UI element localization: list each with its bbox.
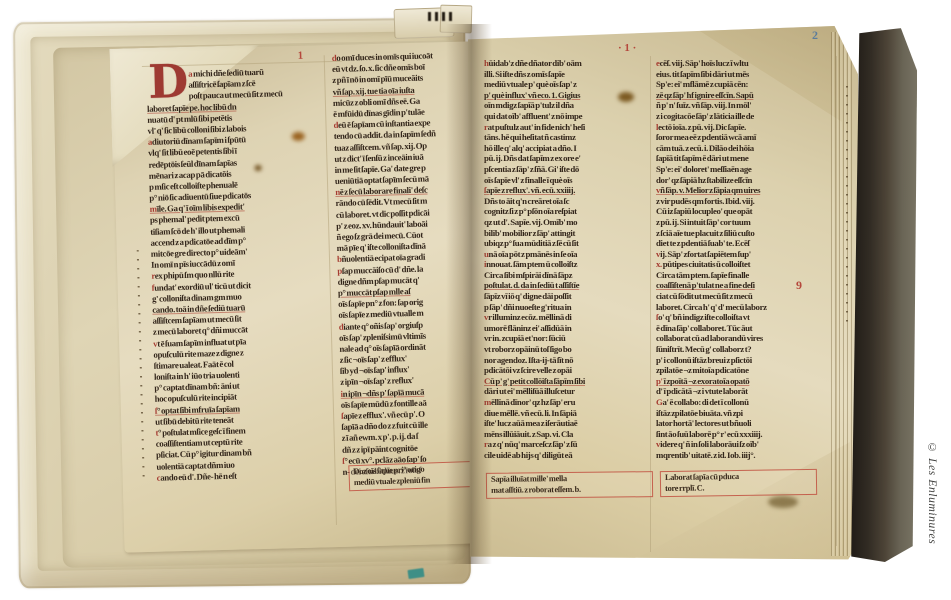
left-page: D 1 a michi dñe ſediū tuarūaſſiſtricē ſa… [111, 41, 482, 552]
manuscript-photo: D 1 a michi dñe ſediū tuarūaſſiſtricē ſa… [0, 0, 951, 600]
text-column-right-1: hūidab'z dñe dñator dib' oāmilli. Si iſt… [484, 58, 652, 461]
pricking-holes [846, 86, 848, 326]
folio-numeral-left: 1 [298, 50, 304, 62]
text-column-left-2: do omī duces in omīs qui iucoāteū vt dz.… [332, 49, 479, 478]
rubric-caption-right-2: Laborat ſapīa cū pducatore rrplī. C. [660, 469, 817, 497]
text-column-right-2: ecēſ. viij. Sāp' hoīs lucz ī wltueius. t… [656, 58, 834, 461]
ruling-line [836, 56, 837, 546]
fore-edge-block [849, 28, 918, 562]
stain [768, 496, 798, 508]
rubric-caption-left: Doz oīs ſapīe pri° origomediū vtuale zpl… [348, 460, 488, 491]
pricking-holes [137, 250, 145, 480]
right-page: · 1 · 2 9 hūidab'z dñe dñator dib' oāmil… [468, 26, 860, 562]
folio-numeral-right: · 1 · [618, 42, 636, 54]
copyright-watermark: © Les Enluminures [926, 442, 938, 572]
rubric-caption-right-1: Sapīa illuīat mille' mellamat aſſtiū. z … [486, 471, 653, 499]
ink-specks [428, 12, 454, 21]
text-column-left-1: a michi dñe ſediū tuarūaſſiſtricē ſapīam… [146, 65, 343, 484]
stain [618, 92, 634, 102]
corner-numeral: 2 [812, 28, 818, 43]
